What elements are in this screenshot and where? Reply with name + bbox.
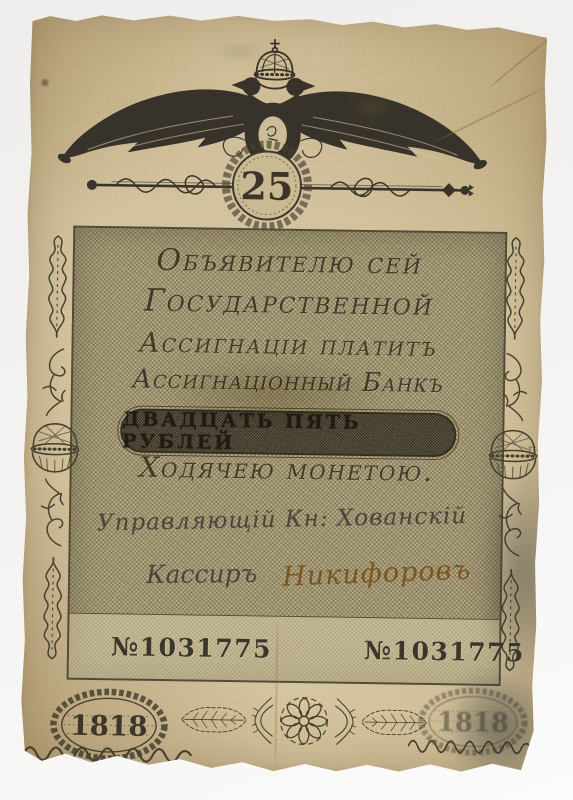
year-right: 1818 [437, 708, 509, 739]
text-line-1: Объявителю сей [75, 242, 505, 283]
wavy-ribbon-icon [407, 739, 533, 756]
leaf-squiggle-icon [35, 550, 71, 662]
scroll-flourish-icon [36, 345, 75, 418]
amount-plate-text: ДВАДЦАТЬ ПЯТЬ РУБЛЕЙ [122, 408, 455, 457]
cashier-signature: Никифоровъ [282, 555, 472, 593]
leaf-squiggle-icon [498, 234, 534, 346]
text-line-4: Ассигнаціонный Банкъ [73, 364, 503, 400]
manager-signature: Управляющій Кн: Хованскій [97, 503, 468, 536]
scroll-flourish-icon [492, 486, 531, 559]
scroll-flourish-icon [35, 477, 74, 550]
fern-spray-icon [179, 699, 250, 740]
leaf-squiggle-icon [40, 232, 76, 344]
series-letter: Дв [527, 444, 544, 458]
denomination-value: 25 [240, 163, 294, 209]
photo-scene: 25 Объявителю сей Государственной Ассигн… [0, 0, 573, 800]
crown-ornament-icon [26, 418, 85, 477]
rosette-icon [277, 694, 332, 749]
scroll-flourish-icon [494, 349, 533, 422]
cashier-label: Кассиръ [146, 559, 257, 589]
text-line-6: Ходячею монетою. [72, 450, 502, 489]
fan-bracket-icon [252, 692, 275, 748]
bottom-band: 1818 1818 [18, 657, 541, 777]
text-line-3: Ассигнаціи платитъ [73, 327, 503, 364]
wavy-ribbon-icon [21, 745, 193, 765]
denomination-medallion: 25 [220, 139, 313, 232]
crease [486, 36, 552, 90]
leaf-squiggle-icon [493, 562, 529, 674]
year-left: 1818 [70, 709, 148, 743]
border-left [22, 232, 88, 663]
text-line-2: Государственной [74, 282, 504, 324]
fan-bracket-icon [334, 694, 357, 750]
text-block: Объявителю сей Государственной Ассигнаці… [67, 226, 508, 686]
amount-plate: ДВАДЦАТЬ ПЯТЬ РУБЛЕЙ [120, 408, 457, 457]
banknote: 25 Объявителю сей Государственной Ассигн… [18, 9, 550, 777]
